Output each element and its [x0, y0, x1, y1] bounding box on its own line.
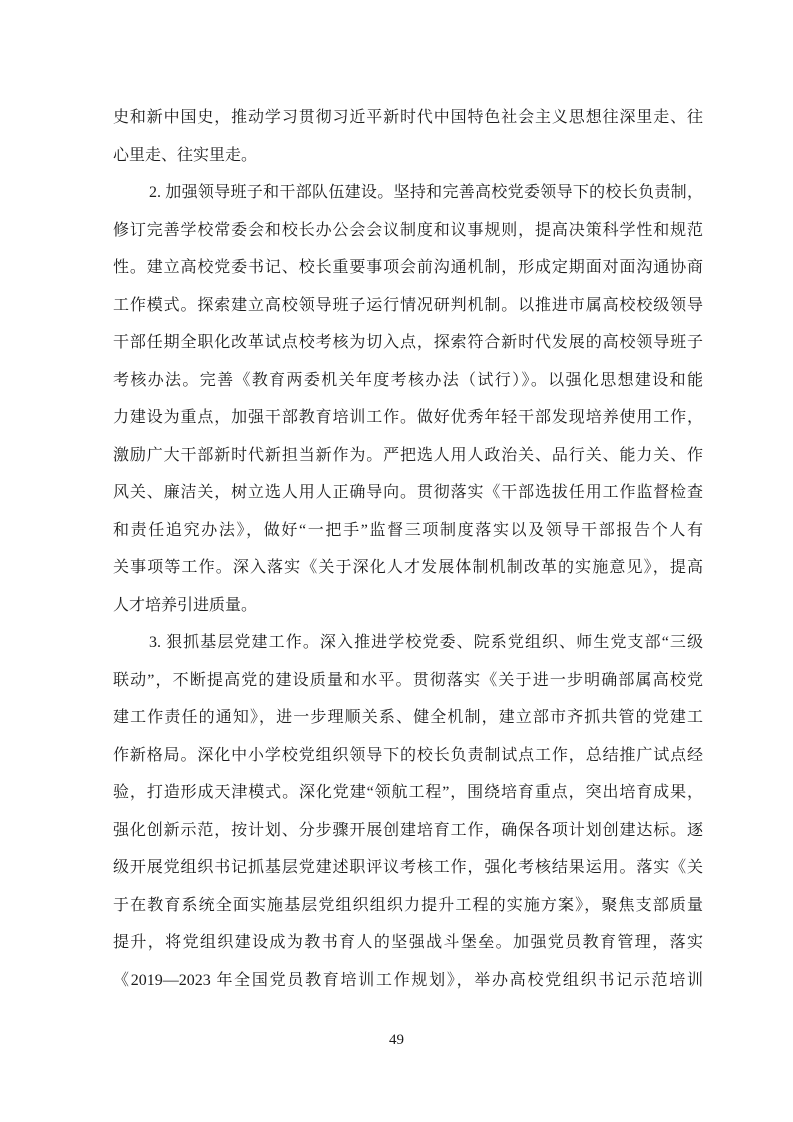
paragraph-continuation: 史和新中国史，推动学习贯彻习近平新时代中国特色社会主义思想往深里走、往心里走、往…	[113, 99, 703, 174]
text-line: 和责任追究办法》，做好“一把手”监督三项制度落实以及领导干部报告个人有	[113, 512, 703, 550]
text-line: 性。建立高校党委书记、校长重要事项会前沟通机制，形成定期面对面沟通协商	[113, 249, 703, 287]
document-body: 史和新中国史，推动学习贯彻习近平新时代中国特色社会主义思想往深里走、往心里走、往…	[113, 99, 703, 999]
text-line: 力建设为重点，加强干部教育培训工作。做好优秀年轻干部发现培养使用工作，	[113, 399, 703, 437]
text-line: 修订完善学校常委会和校长办公会会议制度和议事规则，提高决策科学性和规范	[113, 212, 703, 250]
text-line: 人才培养引进质量。	[113, 587, 703, 625]
text-line: 作新格局。深化中小学校党组织领导下的校长负责制试点工作，总结推广试点经	[113, 737, 703, 775]
document-page: 史和新中国史，推动学习贯彻习近平新时代中国特色社会主义思想往深里走、往心里走、往…	[0, 0, 793, 1122]
paragraph-item-2: 2. 加强领导班子和干部队伍建设。坚持和完善高校党委领导下的校长负责制，修订完善…	[113, 174, 703, 624]
text-line: 《2019—2023 年全国党员教育培训工作规划》，举办高校党组织书记示范培训	[113, 962, 703, 1000]
text-line: 激励广大干部新时代新担当新作为。严把选人用人政治关、品行关、能力关、作	[113, 437, 703, 475]
text-line: 强化创新示范，按计划、分步骤开展创建培育工作，确保各项计划创建达标。逐	[113, 812, 703, 850]
paragraph-item-3: 3. 狠抓基层党建工作。深入推进学校党委、院系党组织、师生党支部“三级联动”，不…	[113, 624, 703, 999]
text-line: 2. 加强领导班子和干部队伍建设。坚持和完善高校党委领导下的校长负责制，	[113, 174, 703, 212]
page-number: 49	[389, 1032, 404, 1048]
text-line: 心里走、往实里走。	[113, 137, 703, 175]
text-line: 关事项等工作。深入落实《关于深化人才发展体制机制改革的实施意见》，提高	[113, 549, 703, 587]
text-line: 工作模式。探索建立高校领导班子运行情况研判机制。以推进市属高校校级领导	[113, 287, 703, 325]
text-line: 于在教育系统全面实施基层党组织组织力提升工程的实施方案》，聚焦支部质量	[113, 887, 703, 925]
text-line: 验，打造形成天津模式。深化党建“领航工程”，围绕培育重点，突出培育成果，	[113, 774, 703, 812]
text-line: 建工作责任的通知》，进一步理顺关系、健全机制，建立部市齐抓共管的党建工	[113, 699, 703, 737]
text-line: 考核办法。完善《教育两委机关年度考核办法（试行）》。以强化思想建设和能	[113, 362, 703, 400]
text-line: 联动”，不断提高党的建设质量和水平。贯彻落实《关于进一步明确部属高校党	[113, 662, 703, 700]
text-line: 史和新中国史，推动学习贯彻习近平新时代中国特色社会主义思想往深里走、往	[113, 99, 703, 137]
text-line: 3. 狠抓基层党建工作。深入推进学校党委、院系党组织、师生党支部“三级	[113, 624, 703, 662]
text-line: 提升，将党组织建设成为教书育人的坚强战斗堡垒。加强党员教育管理，落实	[113, 924, 703, 962]
page-footer: 49	[0, 1030, 793, 1050]
text-line: 风关、廉洁关，树立选人用人正确导向。贯彻落实《干部选拔任用工作监督检查	[113, 474, 703, 512]
text-line: 干部任期全职化改革试点校考核为切入点，探索符合新时代发展的高校领导班子	[113, 324, 703, 362]
text-line: 级开展党组织书记抓基层党建述职评议考核工作，强化考核结果运用。落实《关	[113, 849, 703, 887]
